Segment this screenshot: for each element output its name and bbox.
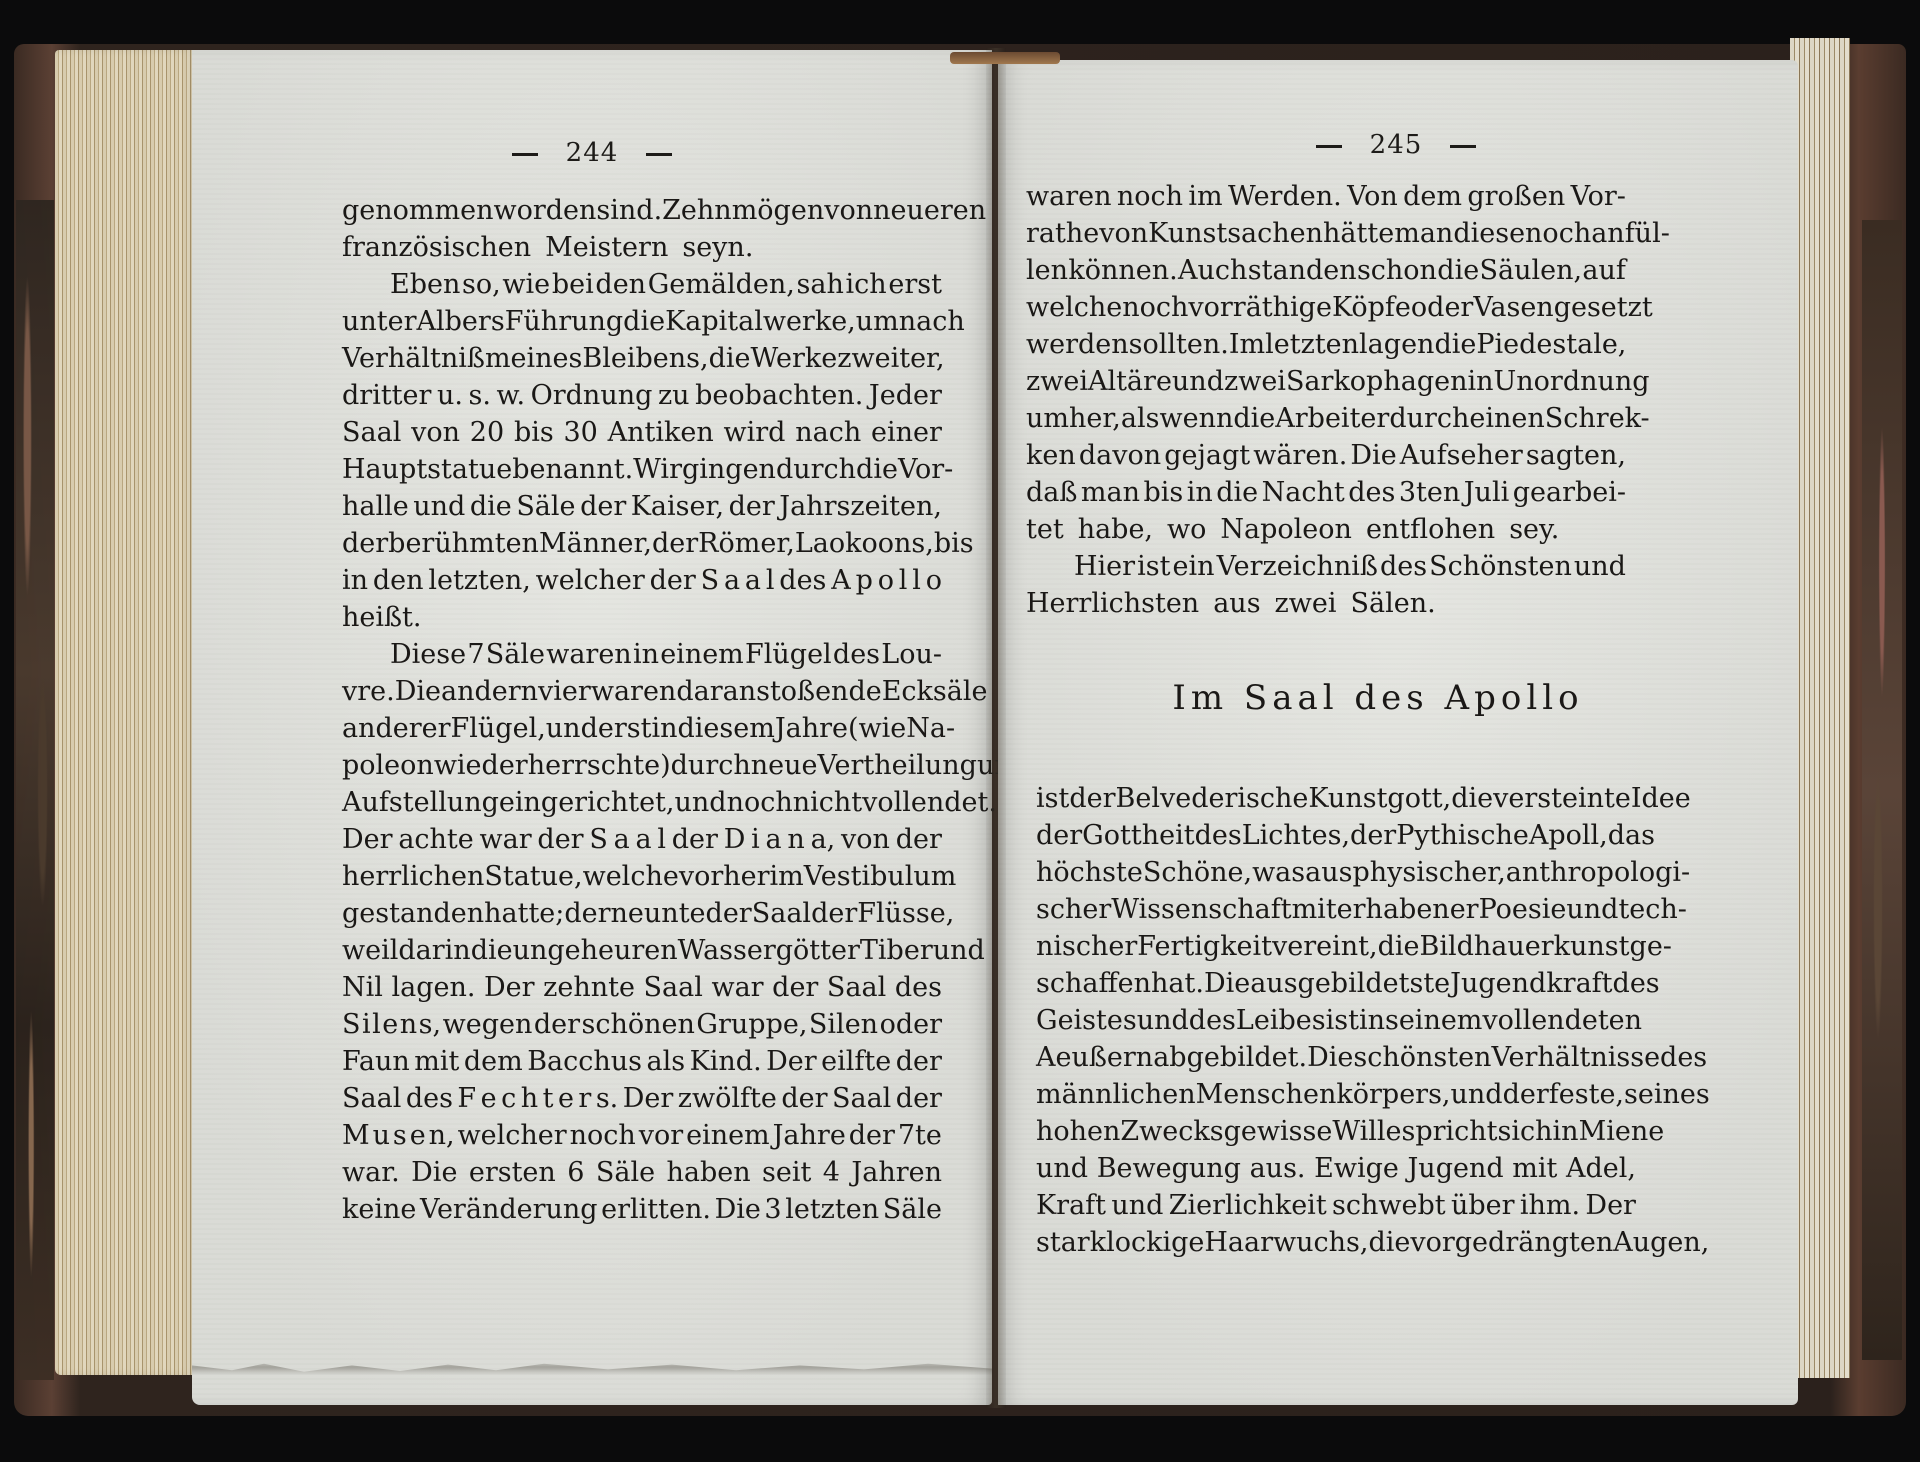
text-line: starklockigeHaarwuchs,dievorgedrängtenAu… [1036, 1224, 1636, 1261]
word: und [546, 710, 598, 747]
word: Leibes [1236, 1002, 1326, 1039]
word: l [766, 562, 775, 599]
word: scher [1036, 891, 1111, 928]
word: Geistes [1036, 1002, 1137, 1039]
word: tech- [1618, 891, 1686, 928]
word: nach [899, 303, 965, 340]
word: erhabener [1337, 891, 1479, 928]
word: zwei [1224, 363, 1286, 400]
word: Der [1585, 1187, 1636, 1224]
word: im [770, 858, 804, 895]
word: in [651, 710, 677, 747]
word: Aeußern [1036, 1039, 1153, 1076]
word: eingerichtet, [499, 784, 675, 821]
word: a [766, 821, 782, 858]
word: von [824, 192, 873, 229]
word: auf [1582, 252, 1625, 289]
word: hatte; [484, 895, 564, 932]
word: spricht [1401, 1113, 1497, 1150]
word: hätte [1323, 215, 1394, 252]
word: Der [484, 969, 535, 1006]
word: l [657, 821, 666, 858]
word: a [635, 821, 651, 858]
word: bis [1143, 474, 1183, 511]
word: a [724, 562, 740, 599]
word: versteinte [1493, 780, 1631, 817]
word: Tiber [860, 932, 933, 969]
word: S [589, 821, 608, 858]
word: des [406, 1080, 453, 1117]
word: Bleibens, [582, 340, 708, 377]
page-block-edge-left [55, 50, 195, 1375]
word: wieder [434, 747, 528, 784]
folio-dash [1450, 145, 1476, 148]
word: und [1451, 1076, 1503, 1113]
word: das [1608, 817, 1655, 854]
word: im [1188, 178, 1222, 215]
word: Flügel, [451, 710, 546, 747]
word: i [751, 821, 760, 858]
word: der [811, 895, 857, 932]
word: achte [398, 821, 473, 858]
word: dritter [342, 377, 431, 414]
text-line: daßmanbisindieNachtdes3tenJuligearbei- [1026, 474, 1626, 511]
text-line: Diese7SälewarenineinemFlügeldesLou- [342, 636, 942, 673]
word: Poesie [1479, 891, 1567, 928]
word: Die [715, 1191, 761, 1228]
word: Aufseher [1400, 437, 1523, 474]
word: diese [1453, 215, 1525, 252]
word: Juli [1464, 474, 1509, 511]
text-line: kendavongejagtwären.DieAufsehersagten, [1026, 437, 1626, 474]
text-line: FaunmitdemBacchusalsKind.Dereilfteder [342, 1043, 942, 1080]
word: anthropologi- [1506, 854, 1690, 891]
word: letzten [785, 1191, 879, 1228]
word: Augen, [1613, 1224, 1709, 1261]
word: ist [1326, 1002, 1359, 1039]
word: Die [1307, 1039, 1353, 1076]
word: noch [1122, 289, 1188, 326]
word: daß [1026, 474, 1077, 511]
word: davon [1079, 437, 1161, 474]
right-page-text-top: warennochimWerden.VondemgroßenVor-rathev… [1026, 178, 1626, 622]
word: letzten [1265, 326, 1359, 363]
word: Lou- [881, 636, 942, 673]
text-line: andererFlügel,understindiesemJahre(wieNa… [342, 710, 942, 747]
word: Die [1204, 965, 1250, 1002]
word: eilfte [821, 1043, 891, 1080]
word: seinem [1385, 1002, 1482, 1039]
word: die [1368, 1224, 1410, 1261]
marbled-board-right [1862, 220, 1902, 1360]
word: zwölfte [678, 1080, 777, 1117]
word: der [652, 525, 698, 562]
word: herrlichen [342, 858, 484, 895]
word: mit [1512, 1150, 1557, 1187]
text-line: werdensollten.ImletztenlagendiePiedestal… [1026, 326, 1626, 363]
word: e [382, 1006, 398, 1043]
word: sah [797, 266, 844, 303]
word: ist [1036, 780, 1069, 817]
word: letzten, [428, 562, 531, 599]
word: die [1451, 780, 1493, 817]
word: aus. [1250, 1150, 1306, 1187]
word: i [362, 1006, 371, 1043]
word: der [580, 488, 626, 525]
word: Jahrszeiten, [779, 488, 942, 525]
word: Männer, [539, 525, 652, 562]
text-line: Aeußernabgebildet.DieschönstenVerhältnis… [1036, 1039, 1636, 1076]
word: ge- [1630, 928, 1672, 965]
word: Schöne, [1143, 854, 1252, 891]
word: s. [469, 377, 491, 414]
word: gewisse [1224, 1113, 1333, 1150]
word: der [781, 1080, 827, 1117]
word: der [1036, 817, 1082, 854]
word: Statue, [484, 858, 582, 895]
word: großen [1467, 178, 1565, 215]
text-line: derberühmtenMänner,derRömer,Laokoons,bis [342, 525, 942, 562]
word: Miene [1579, 1113, 1665, 1150]
word: wenn [1159, 400, 1233, 437]
word: seit [762, 1154, 811, 1191]
word: sind. [596, 192, 662, 229]
word: Von [1347, 178, 1398, 215]
word: o [878, 562, 894, 599]
word: Bewegung [1097, 1150, 1241, 1187]
word: aus [1305, 854, 1352, 891]
text-line: französischenMeisternseyn. [342, 229, 942, 266]
word: noch [1117, 178, 1183, 215]
word: e [410, 1117, 426, 1154]
word: l [372, 1006, 381, 1043]
word: Wir [633, 451, 682, 488]
word: diesem [677, 710, 774, 747]
word: herrschte) [528, 747, 671, 784]
word: abgebildet. [1153, 1039, 1307, 1076]
word: Fertigkeit [1137, 928, 1272, 965]
text-line: Hauptstatuebenannt.WirgingendurchdieVor- [342, 451, 942, 488]
word: der [772, 969, 818, 1006]
word: erlitten. [601, 1191, 711, 1228]
word: neunte [611, 895, 706, 932]
word: Gottheit [1082, 817, 1194, 854]
right-page-text-bottom: istderBelvederischeKunstgott,dieverstein… [1036, 780, 1636, 1261]
word: Kaiser, [631, 488, 724, 525]
word: in [1359, 1002, 1385, 1039]
word: Schrek- [1545, 400, 1650, 437]
word: Zehn [662, 192, 732, 229]
word: Die [411, 1154, 457, 1191]
word: die [1378, 928, 1420, 965]
word: vollendet. [862, 784, 997, 821]
word: als [1121, 400, 1160, 437]
word: standen [1248, 252, 1357, 289]
word: len [1026, 252, 1068, 289]
word: Herrlichsten [1026, 585, 1199, 622]
text-line: schaffenhat.DieausgebildetsteJugendkraft… [1036, 965, 1636, 1002]
word: Kunstsachen [1148, 215, 1323, 252]
word: wegen [443, 1006, 533, 1043]
word: von [411, 414, 460, 451]
word: u [373, 1117, 390, 1154]
word: e [481, 1080, 497, 1117]
word: der [342, 525, 388, 562]
text-line: Saalvon20bis30Antikenwirdnacheiner [342, 414, 942, 451]
word: gesetzt [1554, 289, 1653, 326]
word: s. [596, 1080, 618, 1117]
word: vorgedrängten [1410, 1224, 1613, 1261]
text-line: tethabe,woNapoleonentflohensey. [1026, 511, 1626, 548]
word: einer [871, 414, 942, 451]
word: ersten [469, 1154, 556, 1191]
word: Werden. [1228, 178, 1342, 215]
word: u. [437, 377, 463, 414]
word: ausgebildetste [1250, 965, 1450, 1002]
word: der [650, 562, 696, 599]
word: oder [1411, 289, 1473, 326]
word: l [899, 562, 908, 599]
word: Vasen [1473, 289, 1553, 326]
word: welcher [458, 1117, 567, 1154]
text-line: höchsteSchöne,wasausphysischer,anthropol… [1036, 854, 1636, 891]
word: Faun [342, 1043, 410, 1080]
word: Im [1229, 326, 1265, 363]
word: der [849, 1117, 895, 1154]
word: tet [1026, 511, 1064, 548]
word: Albers [417, 303, 505, 340]
folio-dash [512, 153, 538, 156]
word: n [400, 1006, 417, 1043]
word: Säle [596, 1154, 655, 1191]
word: seyn. [682, 229, 753, 266]
word: Meistern [545, 229, 668, 266]
word: Die [395, 673, 441, 710]
word: a [614, 821, 630, 858]
text-line: HieristeinVerzeichnißdesSchönstenund [1026, 548, 1626, 585]
word: darin [398, 932, 470, 969]
word: 20 [470, 414, 504, 451]
word: gestanden [342, 895, 484, 932]
word: sagten, [1526, 437, 1626, 474]
word: des [1348, 474, 1395, 511]
word: ein [1173, 548, 1215, 585]
word: des [1660, 1039, 1707, 1076]
word: Idee [1631, 780, 1691, 817]
word: S [701, 562, 720, 599]
word: Bildhauerkunst [1420, 928, 1630, 965]
text-line: dritteru.s.w.Ordnungzubeobachten.Jeder [342, 377, 942, 414]
word: schönen [582, 1006, 695, 1043]
word: Nil [342, 969, 383, 1006]
word: Vor- [1571, 178, 1626, 215]
word: lagen [1359, 326, 1434, 363]
word: zu [658, 377, 690, 414]
word: Jahren [851, 1154, 942, 1191]
word: waren [591, 673, 676, 710]
word: Schönsten [1429, 548, 1572, 585]
word: Zwecks [1120, 1113, 1223, 1150]
word: andern [441, 673, 538, 710]
word: waren [1026, 178, 1111, 215]
word: Führung [505, 303, 623, 340]
word: Gruppe, [696, 1006, 807, 1043]
word: Ewige [1314, 1150, 1399, 1187]
word: umher, [1026, 400, 1121, 437]
word: noch [727, 784, 793, 821]
word: Eben [390, 266, 460, 303]
word: Pythische [1396, 817, 1529, 854]
word: anderer [342, 710, 451, 747]
word: h [521, 1080, 538, 1117]
word: r [578, 1080, 591, 1117]
word: einem [686, 1117, 770, 1154]
word: starklockige [1036, 1224, 1204, 1261]
word: c [501, 1080, 516, 1117]
word: die [1216, 474, 1258, 511]
word: männlichen [1036, 1076, 1196, 1113]
word: Saal [827, 969, 886, 1006]
word: beobachten. [695, 377, 863, 414]
word: schönsten [1353, 1039, 1491, 1076]
word: die [1434, 326, 1476, 363]
word: in [633, 636, 659, 673]
word: was [1252, 854, 1305, 891]
word: t [543, 1080, 554, 1117]
word: n, [429, 1117, 455, 1154]
text-line: KraftundZierlichkeitschwebtüberihm.Der [1036, 1187, 1636, 1224]
word: Altäre [1088, 363, 1172, 400]
word: den [373, 562, 424, 599]
text-line: rathevonKunstsachenhättemandiesenochanfü… [1026, 215, 1626, 252]
word: war. [342, 1154, 400, 1191]
word: des [1380, 548, 1427, 585]
word: Adel, [1566, 1150, 1636, 1187]
word: der [564, 895, 610, 932]
word: Wille [1332, 1113, 1401, 1150]
word: über [1451, 1187, 1515, 1224]
word: von [1099, 215, 1148, 252]
word: heißt. [342, 599, 421, 636]
word: der [537, 821, 583, 858]
right-page: 245 warennochimWerden.VondemgroßenVor-ra… [998, 60, 1798, 1405]
word: ich [846, 266, 887, 303]
word: zehnte [543, 969, 635, 1006]
word: Ordnung [531, 377, 653, 414]
word: Der [342, 821, 393, 858]
word: hat. [1151, 965, 1204, 1002]
word: Apoll, [1529, 817, 1608, 854]
word: höchste [1036, 854, 1143, 891]
text-line: Silens,wegenderschönenGruppe,Silenoder [342, 1006, 942, 1043]
text-line: männlichenMenschenkörpers,undderfeste,se… [1036, 1076, 1636, 1113]
word: a [745, 562, 761, 599]
word: Unordnung [1494, 363, 1650, 400]
word: Piedestale, [1476, 326, 1626, 363]
word: 30 [564, 414, 598, 451]
word: und [933, 932, 985, 969]
word: die [471, 932, 513, 969]
word: Haarwuchs, [1204, 1224, 1368, 1261]
marbled-board-left [16, 200, 54, 1380]
word: Kind. [690, 1043, 762, 1080]
word: vorräthige [1188, 289, 1332, 326]
word: war [480, 821, 532, 858]
page-number-right: 245 [1246, 130, 1546, 160]
text-line: gestandenhatte;derneuntederSaalderFlüsse… [342, 895, 942, 932]
word: S [342, 1006, 361, 1043]
word: Kraft [1036, 1187, 1106, 1224]
word: Jugendkraft [1450, 965, 1612, 1002]
word: die [623, 303, 665, 340]
word: Jeder [869, 377, 942, 414]
word: Bacchus [527, 1043, 642, 1080]
word: Kapitalwerke, [665, 303, 856, 340]
word: zwei [1026, 363, 1088, 400]
word: der [534, 1006, 580, 1043]
word: Säle [883, 1191, 942, 1228]
word: Antiken [608, 414, 714, 451]
page-number-left: 244 [442, 138, 742, 168]
word: Na- [906, 710, 955, 747]
word: D [724, 821, 746, 858]
word: ü [885, 895, 902, 932]
word: der [896, 821, 942, 858]
text-line: war.Dieersten6Sälehabenseit4Jahren [342, 1154, 942, 1191]
word: der [1503, 1076, 1549, 1113]
word: und [1036, 1150, 1088, 1187]
word: gearbei- [1513, 474, 1626, 511]
word: 3ten [1399, 474, 1460, 511]
word: erst [888, 266, 942, 303]
word: seines [1624, 1076, 1710, 1113]
word: des [1195, 817, 1242, 854]
word: Vestibulum [804, 858, 957, 895]
word: e [558, 1080, 574, 1117]
word: dem [464, 1043, 523, 1080]
word: dem [1403, 178, 1462, 215]
word: oder [880, 1006, 942, 1043]
word: noch [570, 1117, 636, 1154]
word: zweiter, [837, 340, 944, 377]
word: und [1111, 1187, 1163, 1224]
word: Auch [1178, 252, 1247, 289]
word: können. [1068, 252, 1177, 289]
word: der [706, 895, 752, 932]
word: Der [766, 1043, 817, 1080]
word: noch [1525, 215, 1591, 252]
word: gejagt [1164, 437, 1250, 474]
word: Vor- [898, 451, 953, 488]
text-line: derGottheitdesLichtes,derPythischeApoll,… [1036, 817, 1636, 854]
word: die [856, 451, 898, 488]
left-page-text: genommenwordensind.Zehnmögenvonneuerenfr… [342, 192, 942, 1228]
word: Veränderung [420, 1191, 598, 1228]
word: rathe [1026, 215, 1099, 252]
word: (wie [848, 710, 906, 747]
word: F [857, 895, 876, 932]
word: des [833, 636, 880, 673]
text-line: poleonwiederherrschte)durchneueVertheilu… [342, 747, 942, 784]
word: der [1350, 817, 1396, 854]
word: entflohen [1366, 511, 1495, 548]
word: ist [1137, 548, 1170, 585]
word: wären. [1253, 437, 1347, 474]
word: der [672, 821, 718, 858]
word: Napoleon [1220, 511, 1352, 548]
folio-dash [646, 153, 672, 156]
word: die [1437, 252, 1479, 289]
